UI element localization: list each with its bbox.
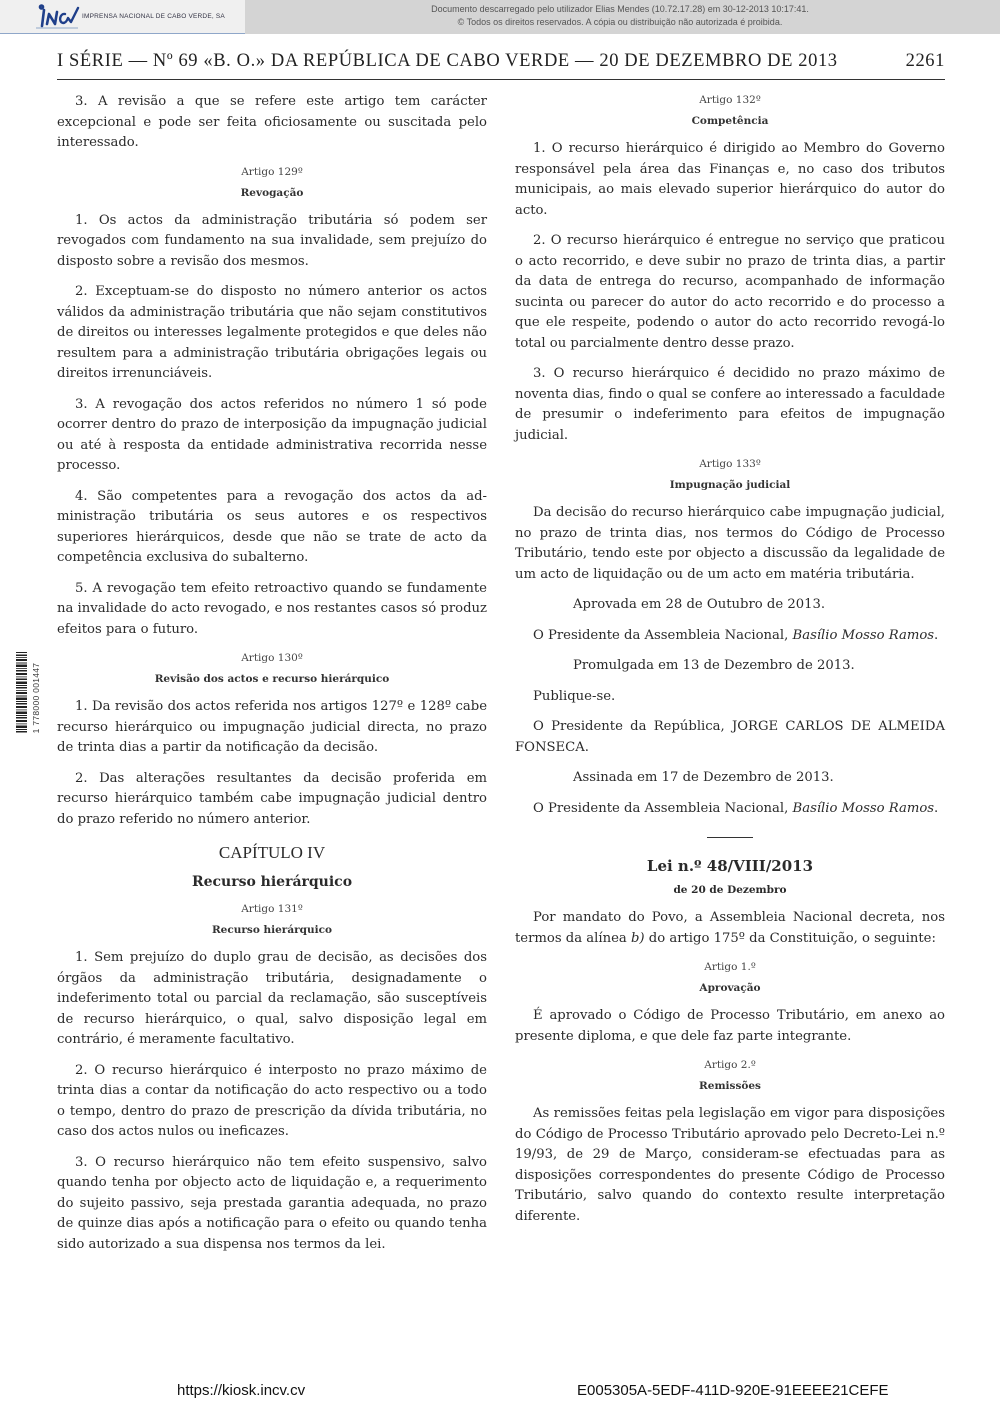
left-column: 3. A revisão a que se refere este artigo… <box>57 92 487 1255</box>
barcode-icon <box>16 652 27 734</box>
right-column: Artigo 132º Competência 1. O recurso hie… <box>515 92 945 1227</box>
article-title: Recurso hierárquico <box>57 922 487 938</box>
article-label: Artigo 1.º <box>515 959 945 975</box>
promulgation-date: Promulgada em 13 de Dezembro de 2013. <box>515 656 945 677</box>
paragraph: 3. O recurso hierárquico não tem efeito … <box>57 1153 487 1256</box>
footer-url-link[interactable]: https://kiosk.incv.cv <box>177 1382 305 1399</box>
footer-document-id: E005305A-5EDF-411D-920E-91EEEE21CEFE <box>577 1382 889 1399</box>
section-separator <box>707 837 753 838</box>
paragraph: 2. O recurso hierárquico é entregue no s… <box>515 231 945 354</box>
republic-president-signature: O Presidente da República, JORGE CARLOS … <box>515 717 945 758</box>
paragraph: 2. O recurso hierárquico é interposto no… <box>57 1061 487 1143</box>
incv-logo: IMPRENSA NACIONAL DE CABO VERDE, SA <box>0 0 245 34</box>
paragraph: 2. Exceptuam-se do disposto no número an… <box>57 282 487 385</box>
header-rule <box>57 79 945 80</box>
paragraph: 5. A revogação tem efeito retroactivo qu… <box>57 579 487 641</box>
article-label: Artigo 131º <box>57 901 487 917</box>
paragraph: 3. O recurso hierárquico é decidido no p… <box>515 364 945 446</box>
assembly-president-signature: O Presidente da Assembleia Nacional, Bas… <box>515 799 945 820</box>
article-label: Artigo 130º <box>57 650 487 666</box>
article-title: Revisão dos actos e recurso hierárquico <box>57 671 487 687</box>
chapter-title: Recurso hierárquico <box>57 872 487 892</box>
paragraph: 1. Os actos da administração tributária … <box>57 211 487 273</box>
paragraph: 3. A revisão a que se refere este artigo… <box>57 92 487 154</box>
preamble-text: do artigo 175º da Constituição, o seguin… <box>645 931 936 946</box>
preamble-italic: b) <box>631 931 645 946</box>
article-label: Artigo 132º <box>515 92 945 108</box>
article-label: Artigo 2.º <box>515 1057 945 1073</box>
paragraph: 1. Sem prejuízo do duplo grau de decisão… <box>57 948 487 1051</box>
paragraph: É aprovado o Código de Processo Tributár… <box>515 1006 945 1047</box>
signing-date: Assinada em 17 de Dezembro de 2013. <box>515 768 945 789</box>
barcode-number: 1 778000 001447 <box>31 653 41 743</box>
paragraph: 4. São competentes para a revogação dos … <box>57 487 487 569</box>
publish-order: Publique-se. <box>515 687 945 708</box>
running-head: I SÉRIE — Nº 69 «B. O.» DA REPÚBLICA DE … <box>57 51 945 72</box>
article-label: Artigo 129º <box>57 164 487 180</box>
download-notice-line1: Documento descarregado pelo utilizador E… <box>410 3 830 16</box>
article-title: Revogação <box>57 185 487 201</box>
article-title: Impugnação judicial <box>515 477 945 493</box>
approval-date: Aprovada em 28 de Outubro de 2013. <box>515 595 945 616</box>
signature-prefix: O Presidente da Assembleia Nacional, <box>533 801 793 816</box>
preamble: Por mandato do Povo, a Assembleia Nacion… <box>515 908 945 949</box>
paragraph: As remissões feitas pela legislação em v… <box>515 1104 945 1227</box>
download-notice: Documento descarregado pelo utilizador E… <box>410 3 830 29</box>
download-notice-line2: © Todos os direitos reservados. A cópia … <box>410 16 830 29</box>
signature-name: Basílio Mosso Ramos <box>793 628 935 643</box>
assembly-president-signature: O Presidente da Assembleia Nacional, Bas… <box>515 626 945 647</box>
article-title: Competência <box>515 113 945 129</box>
article-title: Remissões <box>515 1078 945 1094</box>
paragraph: 2. Das alterações resultantes da decisão… <box>57 769 487 831</box>
download-banner: IMPRENSA NACIONAL DE CABO VERDE, SA Docu… <box>0 0 1000 34</box>
signature-name: Basílio Mosso Ramos <box>793 801 935 816</box>
article-title: Aprovação <box>515 980 945 996</box>
paragraph: 1. O recurso hierárquico é dirigido ao M… <box>515 139 945 221</box>
page-number: 2261 <box>906 51 945 72</box>
logo-text: IMPRENSA NACIONAL DE CABO VERDE, SA <box>82 13 225 20</box>
chapter-label: CAPÍTULO IV <box>57 842 487 864</box>
incv-logo-icon <box>34 2 80 30</box>
paragraph: 1. Da revisão dos actos referida nos art… <box>57 697 487 759</box>
law-title: Lei n.º 48/VIII/2013 <box>515 856 945 876</box>
paragraph: Da decisão do recurso hierárquico cabe i… <box>515 503 945 585</box>
running-head-title: I SÉRIE — Nº 69 «B. O.» DA REPÚBLICA DE … <box>57 51 838 71</box>
paragraph: 3. A revogação dos actos referidos no nú… <box>57 395 487 477</box>
signature-prefix: O Presidente da Assembleia Nacional, <box>533 628 793 643</box>
article-label: Artigo 133º <box>515 456 945 472</box>
law-date: de 20 de Dezembro <box>515 882 945 898</box>
